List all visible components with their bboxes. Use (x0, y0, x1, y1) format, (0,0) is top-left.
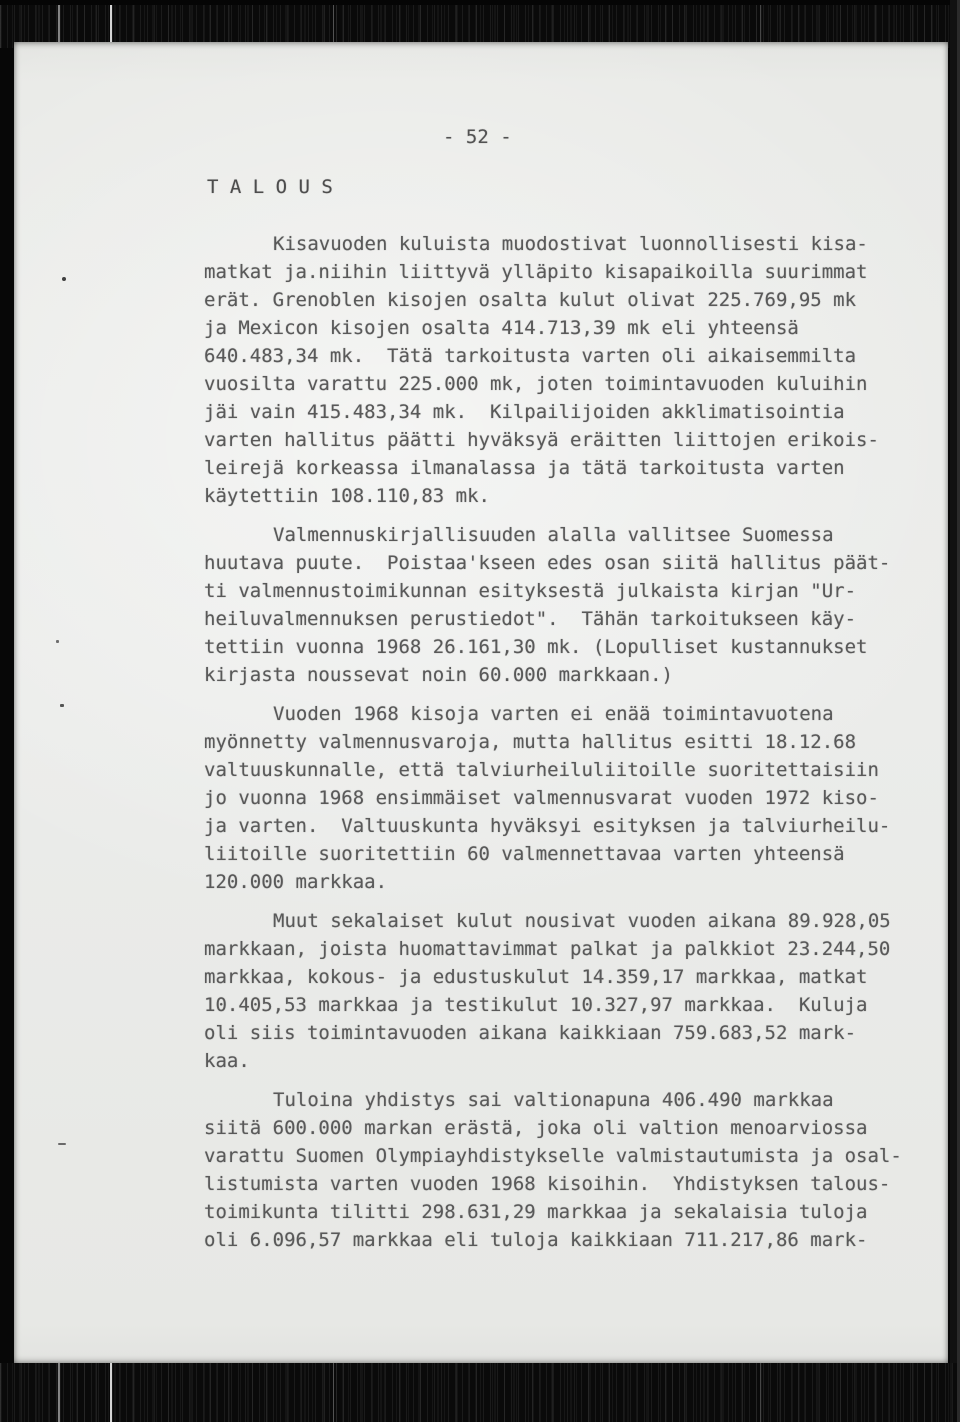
paragraph: Muut sekalaiset kulut nousivat vuoden ai… (204, 907, 924, 1075)
text-line: markkaan, joista huomattavimmat palkat j… (204, 935, 924, 963)
scanner-streak (333, 1363, 334, 1422)
ink-speck (56, 640, 59, 643)
page-title: T A L O U S (207, 173, 333, 201)
text-line: varten hallitus päätti hyväksyä eräitten… (204, 426, 924, 454)
text-line: valtuuskunnalle, että talviurheiluliitoi… (204, 756, 924, 784)
text-line: heiluvalmennuksen perustiedot". Tähän ta… (204, 605, 924, 633)
text-line: tettiin vuonna 1968 26.161,30 mk. (Lopul… (204, 633, 924, 661)
text-line: Kisavuoden kuluista muodostivat luonnoll… (204, 230, 924, 258)
text-line: varattu Suomen Olympiayhdistykselle valm… (204, 1142, 924, 1170)
scanner-streak (760, 1363, 761, 1422)
text-line: toimikunta tilitti 298.631,29 markkaa ja… (204, 1198, 924, 1226)
text-line: jäi vain 415.483,34 mk. Kilpailijoiden a… (204, 398, 924, 426)
text-line: siitä 600.000 markan erästä, joka oli va… (204, 1114, 924, 1142)
text-line: 640.483,34 mk. Tätä tarkoitusta varten o… (204, 342, 924, 370)
text-line: ti valmennustoimikunnan esityksestä julk… (204, 577, 924, 605)
text-line: matkat ja.niihin liittyvä ylläpito kisap… (204, 258, 924, 286)
text-line: leirejä korkeassa ilmanalassa ja tätä ta… (204, 454, 924, 482)
page-number: - 52 - (443, 123, 512, 151)
text-line: kirjasta noussevat noin 60.000 markkaan.… (204, 661, 924, 689)
text-line: liitoille suoritettiin 60 valmennettavaa… (204, 840, 924, 868)
ink-speck (60, 704, 64, 707)
text-line: oli 6.096,57 markkaa eli tuloja kaikkiaa… (204, 1226, 924, 1254)
ink-speck (58, 1143, 66, 1145)
scan-top-band (0, 0, 960, 48)
paragraph: Valmennuskirjallisuuden alalla vallitsee… (204, 521, 924, 689)
paragraph: Kisavuoden kuluista muodostivat luonnoll… (204, 230, 924, 510)
scanned-document-page: - 52 - T A L O U S Kisavuoden kuluista m… (0, 0, 960, 1422)
scanner-streak (110, 1363, 112, 1422)
ink-speck (62, 277, 66, 281)
text-line: huutava puute. Poistaa'kseen edes osan s… (204, 549, 924, 577)
text-line: kaa. (204, 1047, 924, 1075)
text-line: 10.405,53 markkaa ja testikulut 10.327,9… (204, 991, 924, 1019)
text-line: listumista varten vuoden 1968 kisoihin. … (204, 1170, 924, 1198)
text-line: Vuoden 1968 kisoja varten ei enää toimin… (204, 700, 924, 728)
text-line: markkaa, kokous- ja edustuskulut 14.359,… (204, 963, 924, 991)
text-line: erät. Grenoblen kisojen osalta kulut oli… (204, 286, 924, 314)
text-line: käytettiin 108.110,83 mk. (204, 482, 924, 510)
document-body: Kisavuoden kuluista muodostivat luonnoll… (204, 230, 924, 1265)
text-line: ja varten. Valtuuskunta hyväksyi esityks… (204, 812, 924, 840)
scan-bottom-band (0, 1363, 960, 1422)
paragraph: Vuoden 1968 kisoja varten ei enää toimin… (204, 700, 924, 896)
text-line: Tuloina yhdistys sai valtionapuna 406.49… (204, 1086, 924, 1114)
text-line: myönnetty valmennusvaroja, mutta hallitu… (204, 728, 924, 756)
text-line: oli siis toimintavuoden aikana kaikkiaan… (204, 1019, 924, 1047)
text-line: jo vuonna 1968 ensimmäiset valmennusvara… (204, 784, 924, 812)
paragraph: Tuloina yhdistys sai valtionapuna 406.49… (204, 1086, 924, 1254)
text-line: vuosilta varattu 225.000 mk, joten toimi… (204, 370, 924, 398)
text-line: ja Mexicon kisojen osalta 414.713,39 mk … (204, 314, 924, 342)
text-line: Muut sekalaiset kulut nousivat vuoden ai… (204, 907, 924, 935)
scanner-streak (58, 1363, 60, 1422)
text-line: 120.000 markkaa. (204, 868, 924, 896)
text-line: Valmennuskirjallisuuden alalla vallitsee… (204, 521, 924, 549)
paper-sheet: - 52 - T A L O U S Kisavuoden kuluista m… (14, 42, 948, 1363)
